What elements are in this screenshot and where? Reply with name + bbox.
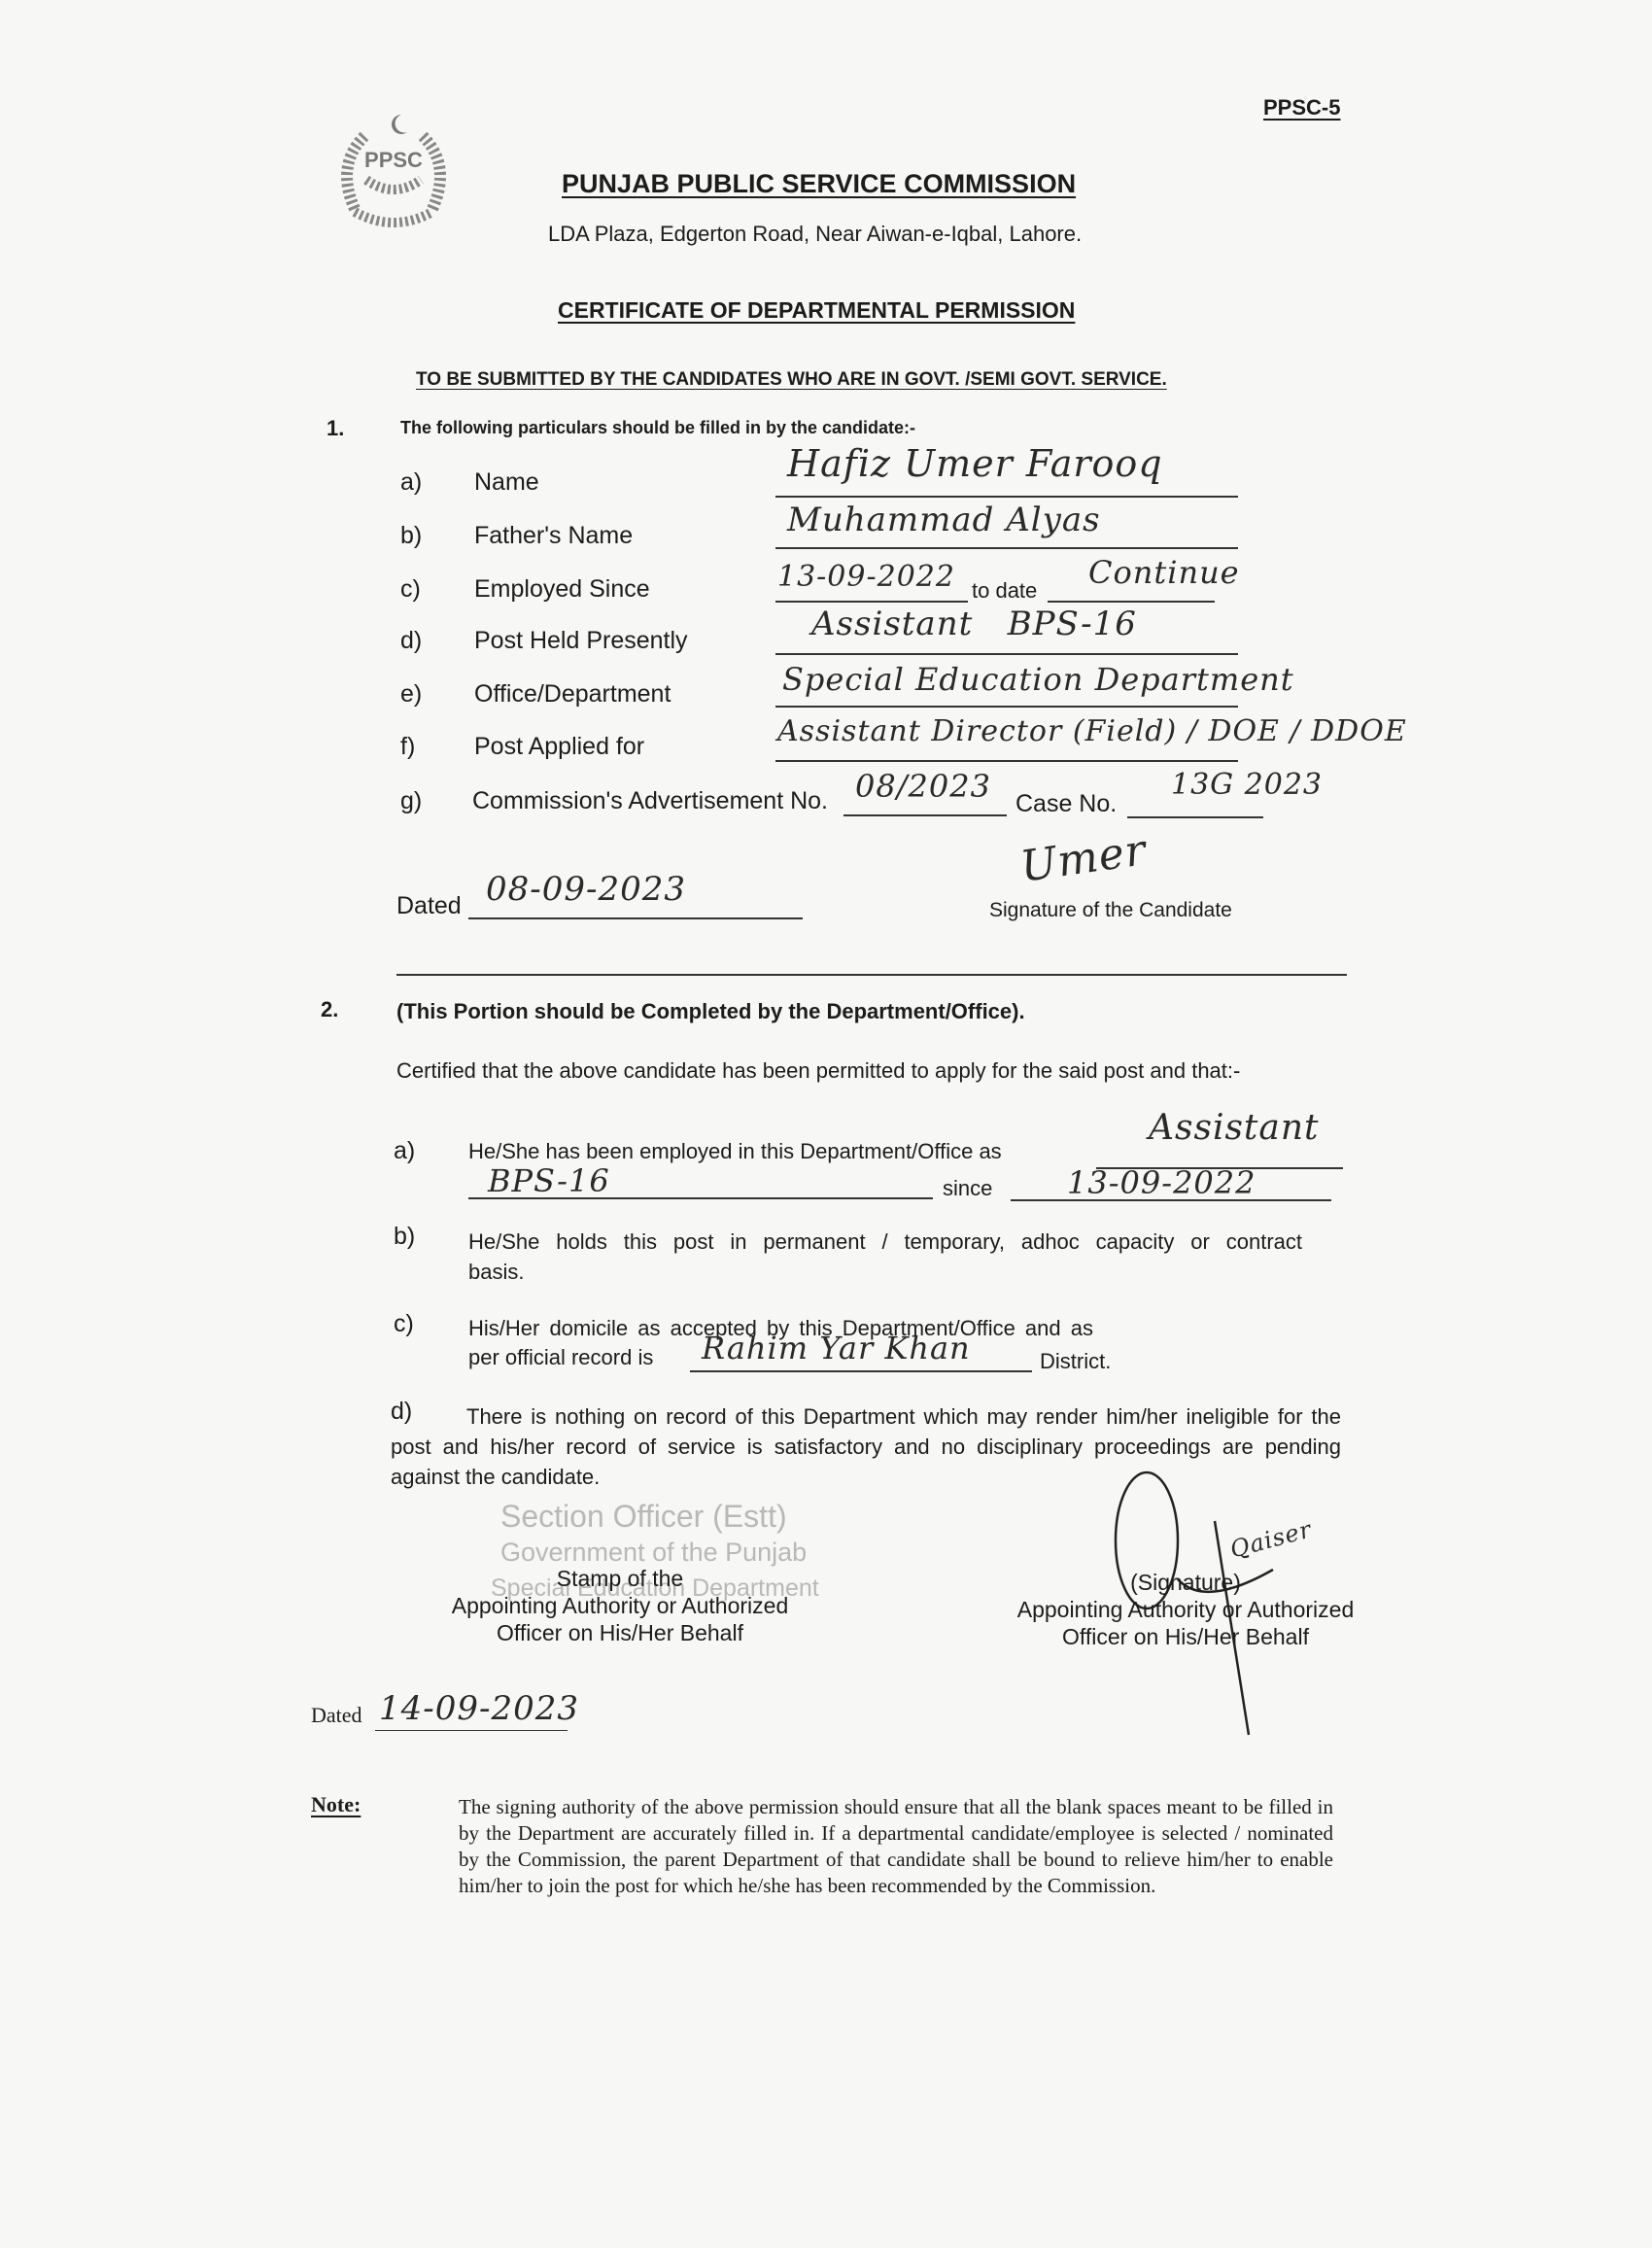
submission-instruction: TO BE SUBMITTED BY THE CANDIDATES WHO AR… [416,369,1167,391]
father-name-label: Father's Name [474,522,633,550]
to-date-label: to date [972,578,1037,604]
grade-field[interactable]: BPS-16 [488,1162,610,1199]
certificate-title: CERTIFICATE OF DEPARTMENTAL PERMISSION [558,297,1075,324]
case-no-label: Case No. [1015,790,1117,818]
section2-heading: (This Portion should be Completed by the… [396,999,1025,1024]
post-held-line [775,653,1238,655]
office-department-label: Office/Department [474,680,671,709]
field-letter: c) [400,575,421,604]
dated-line [468,917,803,919]
post-held-label: Post Held Presently [474,627,688,655]
signature-authority-block: (Signature) Appointing Authority or Auth… [991,1569,1380,1650]
org-address: LDA Plaza, Edgerton Road, Near Aiwan-e-I… [548,222,1082,247]
org-name: PUNJAB PUBLIC SERVICE COMMISSION [562,169,1076,199]
stamp-block-line-3: Officer on His/Her Behalf [387,1619,853,1646]
advertisement-label: Commission's Advertisement No. [472,787,828,815]
department-dated-label: Dated [311,1703,362,1728]
office-department-line [775,706,1238,708]
office-department-field[interactable]: Special Education Department [782,661,1294,698]
field-letter: b) [400,522,422,550]
field-letter: g) [400,787,422,815]
signature-label: Signature of the Candidate [989,899,1232,922]
item-letter: b) [394,1223,415,1251]
section-divider [396,974,1347,976]
ppsc-logo: PPSC [326,107,462,233]
father-name-field[interactable]: Muhammad Alyas [787,501,1101,539]
since-field[interactable]: 13-09-2022 [1067,1164,1256,1201]
stamp-authority-block: Stamp of the Appointing Authority or Aut… [387,1565,853,1646]
certification-intro: Certified that the above candidate has b… [396,1055,1320,1086]
post-applied-label: Post Applied for [474,733,644,761]
district-label: District. [1040,1349,1111,1374]
case-no-field[interactable]: 13G 2023 [1171,768,1323,802]
candidate-signature: Umer [1017,825,1150,892]
note-text: The signing authority of the above permi… [459,1794,1333,1899]
domicile-line [690,1370,1032,1372]
name-line [775,496,1238,498]
post-held-field[interactable]: Assistant BPS-16 [811,605,1137,643]
employed-since-label: Employed Since [474,575,650,604]
field-letter: f) [400,733,415,761]
father-name-line [775,547,1238,549]
stamp-block-line-1: Stamp of the [387,1565,853,1592]
note-label: Note: [311,1792,361,1817]
section2-number: 2. [321,997,338,1022]
department-dated-field[interactable]: 14-09-2023 [379,1689,579,1728]
svg-text:PPSC: PPSC [364,148,423,172]
signature-block-line-1: (Signature) [991,1569,1380,1596]
employed-since-field[interactable]: 13-09-2022 [777,560,955,594]
name-field[interactable]: Hafiz Umer Farooq [787,442,1163,485]
name-label: Name [474,468,539,497]
domicile-text-2: per official record is [468,1345,653,1370]
to-date-line [1048,601,1215,603]
field-letter: e) [400,680,422,709]
case-no-line [1127,816,1263,818]
field-letter: d) [400,627,422,655]
section1-number: 1. [327,416,344,441]
advertisement-line [843,814,1007,816]
item-letter: c) [394,1310,414,1338]
advertisement-field[interactable]: 08/2023 [855,768,991,805]
stamp-line-1: Section Officer (Estt) [500,1499,787,1535]
employed-since-line [775,601,968,603]
post-applied-line [775,760,1238,762]
dated-label: Dated [396,892,462,920]
to-date-field[interactable]: Continue [1088,554,1240,591]
section1-heading: The following particulars should be fill… [400,418,915,438]
form-code: PPSC-5 [1263,95,1340,121]
post-applied-field[interactable]: Assistant Director (Field) / DOE / DDOE [777,714,1407,748]
signature-block-line-2: Appointing Authority or Authorized [991,1596,1380,1623]
stamp-line-2: Government of the Punjab [500,1538,807,1568]
capacity-text: He/She holds this post in permanent / te… [468,1227,1302,1287]
domicile-field[interactable]: Rahim Yar Khan [702,1330,971,1366]
signature-block-line-3: Officer on His/Her Behalf [991,1623,1380,1650]
employed-as-field[interactable]: Assistant [1149,1108,1320,1148]
candidate-dated-field[interactable]: 08-09-2023 [486,870,686,909]
department-dated-line [375,1730,568,1731]
since-label: since [943,1176,992,1201]
stamp-block-line-2: Appointing Authority or Authorized [387,1592,853,1619]
field-letter: a) [400,468,422,497]
employed-as-text: He/She has been employed in this Departm… [468,1139,1002,1164]
item-letter: a) [394,1137,415,1165]
